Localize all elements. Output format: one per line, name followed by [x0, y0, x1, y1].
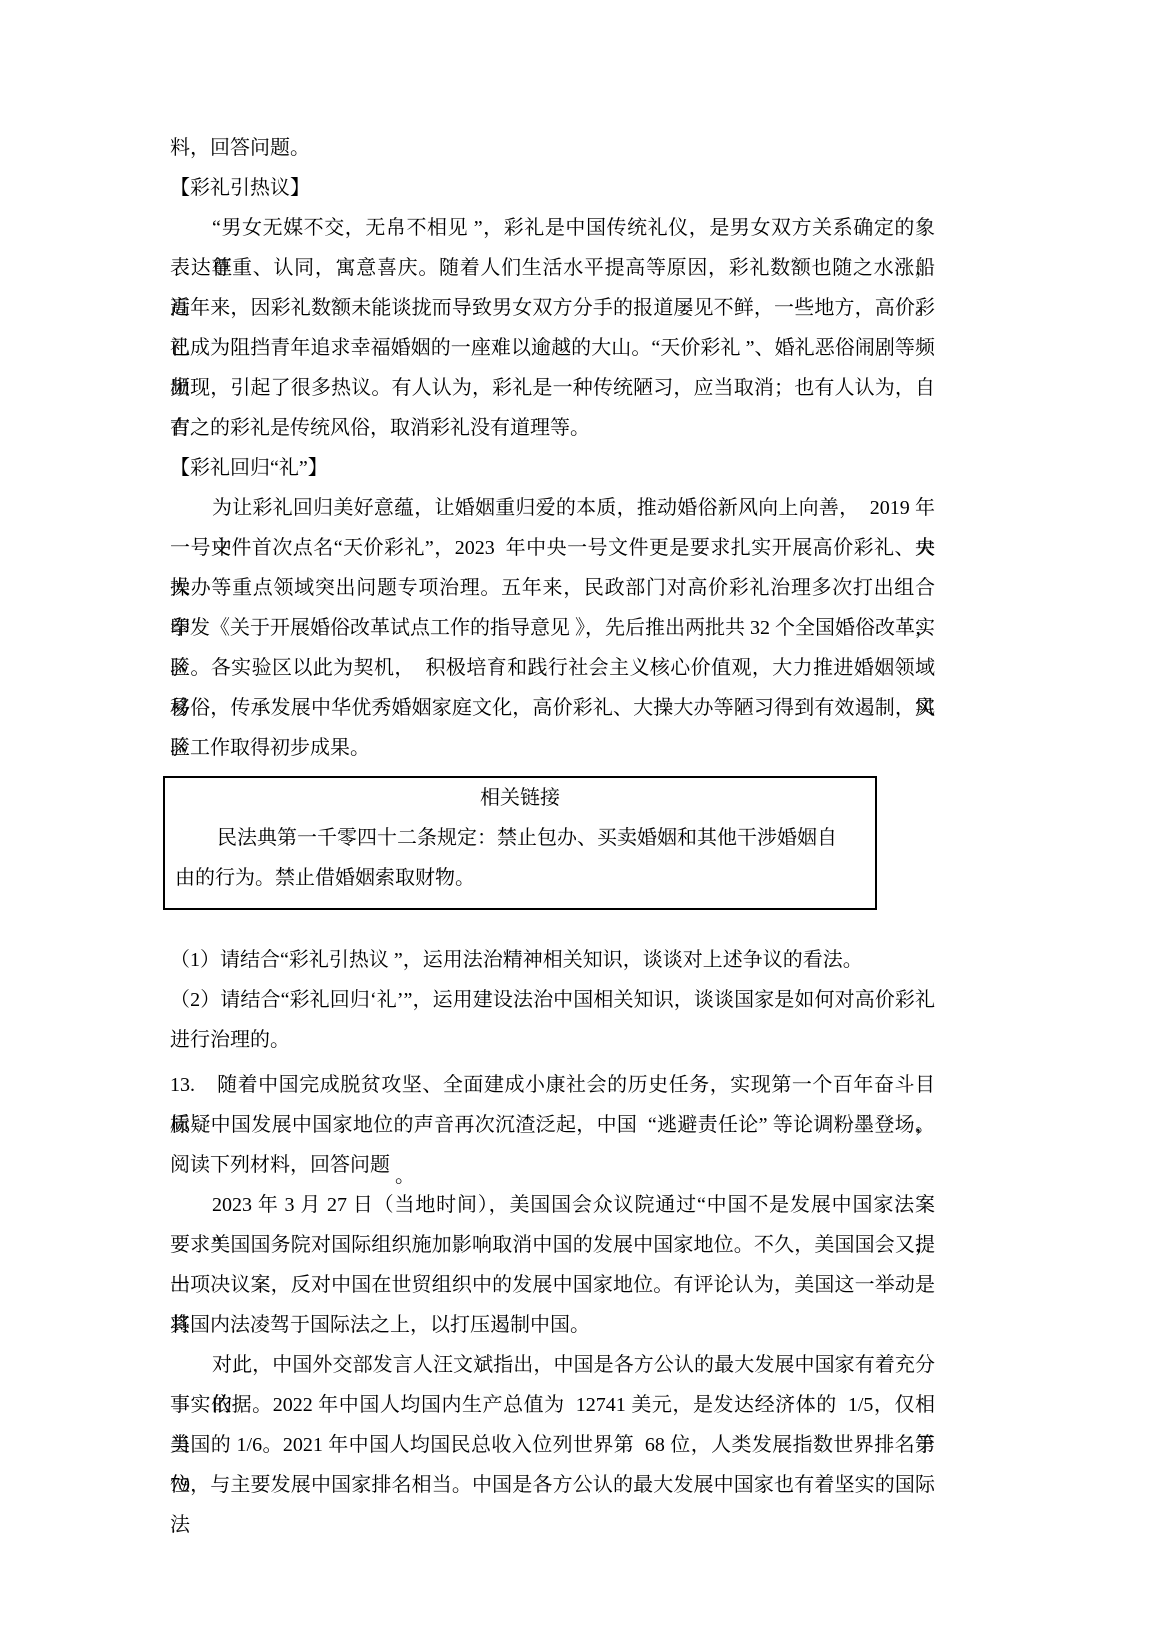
text-line: 区工作取得初步成果。: [170, 728, 935, 768]
related-links-box: 相关链接民法典第一千零四十二条规定：禁止包办、买卖婚姻和其他干涉婚姻自由的行为。…: [163, 776, 877, 910]
text-line: 【彩礼回归“礼”】: [170, 448, 935, 488]
text-line: 易俗，传承发展中华优秀婚姻家庭文化，高价彩礼、大操大办等陋习得到有效遏制，实验: [170, 688, 935, 728]
text-line: 已成为阻挡青年追求幸福婚姻的一座难以逾越的大山。“天价彩礼 ”、婚礼恶俗闹剧等频…: [170, 328, 935, 368]
text-line: 有之的彩礼是传统风俗，取消彩礼没有道理等。: [170, 408, 935, 448]
text-line: 对此，中国外交部发言人汪文斌指出，中国是各方公认的最大发展中国家有着充分的: [170, 1345, 935, 1385]
text-line: 区。各实验区以此为契机， 积极培育和践行社会主义核心价值观，大力推进婚姻领域移风: [170, 648, 935, 688]
text-line: 13. 随着中国完成脱贫攻坚、全面建成小康社会的历史任务，实现第一个百年奋斗目标…: [170, 1065, 935, 1105]
text-line: 一号文件首次点名“天价彩礼”，2023 年中央一号文件更是要求扎实开展高价彩礼、…: [170, 528, 935, 568]
text-line: 质疑中国发展中国家地位的声音再次沉渣泛起，中国 “逃避责任论” 等论调粉墨登场。: [170, 1105, 935, 1145]
text-line: 位，与主要发展中国家排名相当。中国是各方公认的最大发展中国家也有着坚实的国际法: [170, 1465, 935, 1505]
section-item-13: 13. 随着中国完成脱贫攻坚、全面建成小康社会的历史任务，实现第一个百年奋斗目标…: [170, 1065, 935, 1505]
text-line: 由的行为。禁止借婚姻索取财物。: [175, 858, 865, 898]
text-line: （2）请结合“彩礼回归‘礼’”，运用建设法治中国相关知识，谈谈国家是如何对高价彩…: [170, 980, 935, 1020]
text-line: 事实依据。2022 年中国人均国内生产总值为 12741 美元，是发达经济体的 …: [170, 1385, 935, 1425]
text-line: “男女无媒不交，无帛不相见 ”，彩礼是中国传统礼仪，是男女双方关系确定的象征，: [170, 208, 935, 248]
text-line: 其国内法凌驾于国际法之上，以打压遏制中国。: [170, 1305, 935, 1345]
text-line: 阅读下列材料，回答问题。: [170, 1145, 935, 1185]
text-line: （1）请结合“彩礼引热议 ”，运用法治精神相关知识，谈谈对上述争议的看法。: [170, 940, 935, 980]
text-line: 近年来，因彩礼数额未能谈拢而导致男女双方分手的报道屡见不鲜，一些地方，高价彩礼: [170, 288, 935, 328]
text-line: 要求美国国务院对国际组织施加影响取消中国的发展中国家地位。不久，美国国会又提出: [170, 1225, 935, 1265]
text-line: 美国的 1/6。2021 年中国人均国民总收入位列世界第 68 位，人类发展指数…: [170, 1425, 935, 1465]
lowered-period: 。: [395, 1165, 415, 1187]
section-questions: （1）请结合“彩礼引热议 ”，运用法治精神相关知识，谈谈对上述争议的看法。（2）…: [170, 940, 935, 1060]
text-line: 印发《关于开展婚俗改革试点工作的指导意见 》，先后推出两批共 32 个全国婚俗改…: [170, 608, 935, 648]
text-line: 一项决议案，反对中国在世贸组织中的发展中国家地位。有评论认为，美国这一举动是将: [170, 1265, 935, 1305]
text-line: 进行治理的。: [170, 1020, 935, 1060]
text-line: 2023 年 3 月 27 日（当地时间），美国国会众议院通过“中国不是发展中国…: [170, 1185, 935, 1225]
text-line: 表达尊重、认同，寓意喜庆。随着人们生活水平提高等原因，彩礼数额也随之水涨船高。: [170, 248, 935, 288]
document-body: 料，回答问题。【彩礼引热议】“男女无媒不交，无帛不相见 ”，彩礼是中国传统礼仪，…: [170, 0, 935, 1505]
text-line: 料，回答问题。: [170, 128, 935, 168]
document-page: 料，回答问题。【彩礼引热议】“男女无媒不交，无帛不相见 ”，彩礼是中国传统礼仪，…: [0, 0, 1158, 1638]
text-line: 大办等重点领域突出问题专项治理。五年来，民政部门对高价彩礼治理多次打出组合拳，: [170, 568, 935, 608]
text-line: 民法典第一千零四十二条规定：禁止包办、买卖婚姻和其他干涉婚姻自: [175, 818, 865, 858]
section-intro: 料，回答问题。【彩礼引热议】“男女无媒不交，无帛不相见 ”，彩礼是中国传统礼仪，…: [170, 128, 935, 768]
text-line: 为让彩礼回归美好意蕴，让婚姻重归爱的本质，推动婚俗新风向上向善， 2019 年中…: [170, 488, 935, 528]
box-title: 相关链接: [175, 778, 865, 818]
text-line: 出现，引起了很多热议。有人认为，彩礼是一种传统陋习，应当取消；也有人认为，自古: [170, 368, 935, 408]
text-line: 【彩礼引热议】: [170, 168, 935, 208]
